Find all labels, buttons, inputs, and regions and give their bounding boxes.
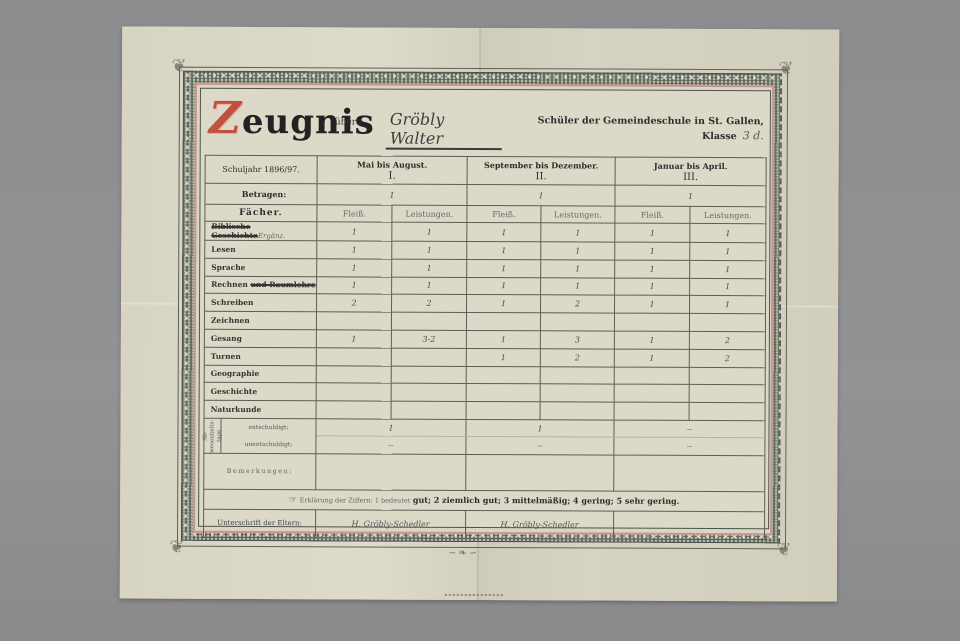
period-months: Mai bis August. xyxy=(318,159,467,171)
conduct-label: Betragen: xyxy=(205,183,317,204)
grade-cell: 1 xyxy=(392,222,467,241)
grade-cell: 1 xyxy=(614,349,689,367)
grade-cell: 1 xyxy=(541,260,615,278)
grade-cell: 1 xyxy=(690,278,766,296)
report-card-sheet: ❦ ❦ ❦ ❦ Zeugnis über Gröbly Walter Schül… xyxy=(120,26,839,601)
grade-cell: 1 xyxy=(541,242,615,260)
unexcused-label: unentschuldigt: xyxy=(221,436,315,453)
grade-cell: 2 xyxy=(317,294,392,312)
absence-excused-value: 1 xyxy=(466,419,614,437)
grade-cell: 1 xyxy=(392,241,467,259)
grade-cell xyxy=(614,384,689,402)
absence-side-label: Ab-wesenheits-tage xyxy=(202,419,223,453)
grade-cell: 2 xyxy=(689,349,765,367)
grade-cell: 1 xyxy=(615,295,690,313)
grade-cell xyxy=(614,367,689,385)
performance-header: Leistungen. xyxy=(392,205,467,222)
subject-name: Naturkunde xyxy=(204,400,316,418)
subject-note: Ergänz. xyxy=(258,232,286,240)
grades-table: Schuljahr 1896/97. Mai bis August.I. Sep… xyxy=(203,155,767,540)
grade-cell xyxy=(466,313,540,331)
legend-scale: gut; 2 ziemlich gut; 3 mittelmäßig; 4 ge… xyxy=(413,495,680,506)
period-roman: III. xyxy=(616,171,766,183)
grade-cell xyxy=(540,402,614,420)
printer-imprint xyxy=(445,594,503,597)
grade-cell xyxy=(614,402,689,420)
subject-name: Rechnen und Raumlehre xyxy=(205,276,317,294)
grade-cell xyxy=(689,403,765,421)
absence-unexcused-value: -- xyxy=(466,437,614,455)
conduct-row: Betragen: 1 1 1 xyxy=(205,183,766,206)
subject-name: Geschichte xyxy=(204,383,316,401)
grade-cell: 1 xyxy=(467,241,541,259)
grade-cell xyxy=(466,366,540,384)
grade-cell xyxy=(391,401,466,419)
subject-name-struck: und Raumlehre xyxy=(250,280,315,289)
grade-cell xyxy=(689,314,765,332)
grade-cell xyxy=(316,401,391,419)
grade-cell xyxy=(689,367,765,385)
grade-cell: 1 xyxy=(467,259,541,277)
remarks-row: Bemerkungen: xyxy=(204,453,765,491)
grade-cell xyxy=(316,312,391,330)
parents-signature-label: Unterschrift der Eltern: xyxy=(204,509,316,537)
conduct-grade: 1 xyxy=(615,185,766,207)
grade-cell xyxy=(391,366,466,384)
grade-cell: 1 xyxy=(614,331,689,349)
school-info: Schüler der Gemeindeschule in St. Gallen… xyxy=(538,114,764,144)
grade-cell: 1 xyxy=(541,223,615,242)
grade-legend: ☞ Erklärung der Ziffern: 1 bedeutet gut;… xyxy=(204,489,765,511)
title-initial: Z xyxy=(209,93,242,144)
student-name: Gröbly Walter xyxy=(386,110,502,151)
subject-name: Turnen xyxy=(204,347,316,365)
class-line: Klasse3 d. xyxy=(538,128,764,144)
grade-cell: 1 xyxy=(467,277,541,295)
subject-name-text: Rechnen xyxy=(211,280,248,289)
grade-cell: 1 xyxy=(615,242,690,260)
subject-name: Sprache xyxy=(205,258,317,276)
absence-unexcused-value: -- xyxy=(614,438,765,456)
subject-name: Gesang xyxy=(204,329,316,347)
grade-cell xyxy=(466,384,540,402)
period-header-1: Mai bis August.I. xyxy=(317,156,467,185)
school-year-label: Schuljahr 1896/97. xyxy=(205,155,317,183)
remarks-label: Bemerkungen: xyxy=(204,453,316,489)
performance-header: Leistungen. xyxy=(541,206,615,223)
parent-signature: H. Gröbly-Schedler xyxy=(466,510,614,539)
diligence-header: Fleiß. xyxy=(317,205,392,222)
remarks-cell xyxy=(614,455,765,492)
grade-cell xyxy=(466,402,540,420)
grade-cell: 1 xyxy=(467,295,541,313)
subject-name: Schreiben xyxy=(205,294,317,312)
period-roman: II. xyxy=(468,170,615,182)
parent-signature xyxy=(614,511,765,540)
grade-cell xyxy=(316,365,391,383)
grade-cell xyxy=(540,384,614,402)
pointing-hand-icon: ☞ xyxy=(289,495,297,505)
class-label: Klasse xyxy=(702,131,737,142)
grade-cell xyxy=(391,348,466,366)
grade-cell: 1 xyxy=(615,278,690,296)
grade-cell: 1 xyxy=(317,276,392,294)
grade-cell xyxy=(540,313,614,331)
subject-name-struck: Biblische Geschichte xyxy=(211,222,258,240)
absence-type-labels: entschuldigt: unentschuldigt: xyxy=(221,419,315,453)
grade-cell: 1 xyxy=(690,296,766,314)
subject-row: Biblische GeschichteErgänz. 1 1 1 1 1 1 xyxy=(205,221,766,242)
grade-cell: 2 xyxy=(392,295,467,313)
class-value: 3 d. xyxy=(743,129,764,142)
school-line: Schüler der Gemeindeschule in St. Gallen… xyxy=(538,114,764,129)
absence-excused-value: -- xyxy=(614,420,765,438)
period-roman: I. xyxy=(318,170,467,182)
diligence-header: Fleiß. xyxy=(467,205,541,222)
period-months: September bis Dezember. xyxy=(468,159,615,171)
signature-row: Unterschrift der Eltern: H. Gröbly-Sched… xyxy=(204,509,765,539)
grade-cell xyxy=(316,383,391,401)
conduct-grade: 1 xyxy=(467,184,615,206)
absence-label-cell: Ab-wesenheits-tage entschuldigt: unentsc… xyxy=(204,418,316,453)
grade-cell: 1 xyxy=(541,277,615,295)
grade-cell xyxy=(689,385,765,403)
absence-excused-value: 1 xyxy=(316,419,466,437)
grade-cell xyxy=(391,312,466,330)
grade-cell: 1 xyxy=(317,222,392,241)
grade-cell xyxy=(614,313,689,331)
period-header-2: September bis Dezember.II. xyxy=(467,156,615,185)
performance-header: Leistungen. xyxy=(690,206,766,223)
grade-cell xyxy=(316,348,391,366)
subjects-header: Fächer. xyxy=(205,204,317,221)
period-months: Januar bis April. xyxy=(616,160,766,172)
title-row: Zeugnis über Gröbly Walter Schüler der G… xyxy=(201,89,770,155)
grade-cell: 1 xyxy=(467,222,541,241)
subject-name: Zeichnen xyxy=(204,311,316,329)
grade-cell: 3 xyxy=(540,331,614,349)
grade-cell: 2 xyxy=(689,331,765,349)
absence-excused-row: Ab-wesenheits-tage entschuldigt: unentsc… xyxy=(204,418,765,438)
subject-name: Biblische GeschichteErgänz. xyxy=(205,221,317,240)
period-header-3: Januar bis April.III. xyxy=(615,157,766,186)
grade-cell xyxy=(540,366,614,384)
legend-row: ☞ Erklärung der Ziffern: 1 bedeutet gut;… xyxy=(204,489,765,511)
absence-unexcused-value: -- xyxy=(316,436,466,454)
grade-cell: 1 xyxy=(466,348,540,366)
grade-cell: 2 xyxy=(541,295,615,313)
subject-name: Lesen xyxy=(205,240,317,258)
period-header-row: Schuljahr 1896/97. Mai bis August.I. Sep… xyxy=(205,155,766,185)
conduct-grade: 1 xyxy=(317,184,467,206)
grade-cell: 1 xyxy=(690,260,766,278)
grade-cell: 1 xyxy=(317,259,392,277)
grade-cell: 1 xyxy=(317,241,392,259)
remarks-cell xyxy=(466,454,614,491)
diligence-header: Fleiß. xyxy=(615,206,690,223)
grade-cell: 1 xyxy=(615,223,690,242)
subject-name: Geographie xyxy=(204,365,316,383)
grade-cell: 1 xyxy=(690,242,766,260)
certificate-content: Zeugnis über Gröbly Walter Schüler der G… xyxy=(198,88,771,529)
grade-cell: 1 xyxy=(316,330,391,348)
grade-cell: 1 xyxy=(690,223,766,242)
ueber-label: über xyxy=(335,117,356,127)
grade-cell: 1 xyxy=(615,260,690,278)
bottom-ornament-icon: ∽❧∽ xyxy=(448,548,479,559)
parent-signature: H. Gröbly-Schedler xyxy=(316,510,466,539)
grade-cell xyxy=(391,383,466,401)
legend-prefix: Erklärung der Ziffern: 1 bedeutet xyxy=(300,496,411,504)
remarks-cell xyxy=(316,454,466,491)
grade-cell: 1 xyxy=(392,277,467,295)
grade-cell: 3-2 xyxy=(391,330,466,348)
grade-cell: 2 xyxy=(540,349,614,367)
excused-label: entschuldigt: xyxy=(221,419,315,436)
absence-side-label-box: Ab-wesenheits-tage xyxy=(204,419,221,453)
grade-cell: 1 xyxy=(392,259,467,277)
grade-cell: 1 xyxy=(466,330,540,348)
